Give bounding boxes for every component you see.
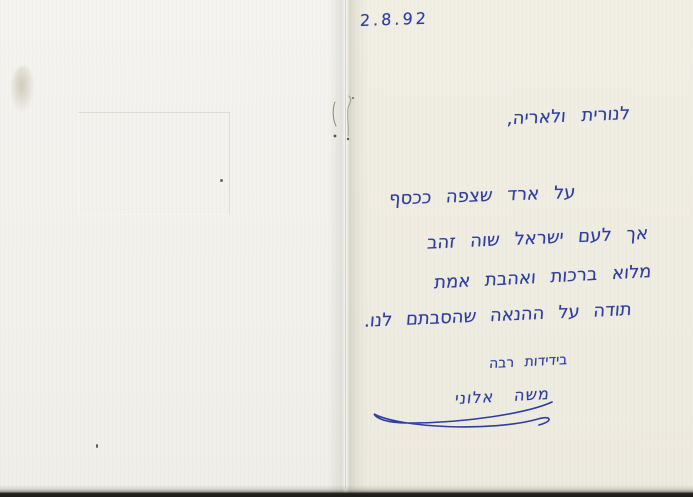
card-left-page [0, 0, 346, 497]
scanned-card: 2.8.92 לנורית ולאריה, על ארד שצפה ככסף א… [0, 0, 693, 497]
handwritten-date: 2.8.92 [360, 9, 430, 30]
scan-bottom-edge [0, 485, 693, 497]
paper-speck [220, 179, 223, 182]
paper-smudge [11, 66, 35, 114]
embossed-rectangle-impression [78, 112, 230, 215]
paper-speck [96, 444, 98, 448]
